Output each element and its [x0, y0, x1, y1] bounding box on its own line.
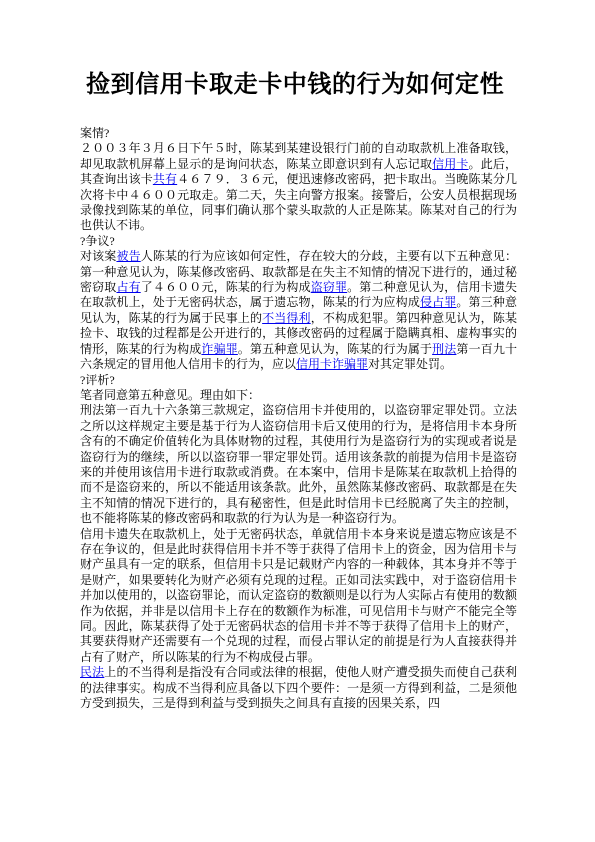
- inline-link[interactable]: 刑法: [432, 342, 456, 356]
- text-run: 上的不当得利是指没有合同或法律的根据，使他人财产遭受损失而使自己获利的法律事实。…: [80, 665, 517, 710]
- text-run: ?评析?: [80, 373, 115, 387]
- inline-link[interactable]: 信用卡: [432, 157, 468, 171]
- inline-link[interactable]: 民法: [80, 665, 104, 679]
- paragraph: 民法上的不当得利是指没有合同或法律的根据，使他人财产遭受损失而使自己获利的法律事…: [80, 665, 517, 711]
- inline-link[interactable]: 侵占罪: [420, 295, 456, 309]
- paragraph: 对该案被告人陈某的行为应该如何定性，存在较大的分歧，主要有以下五种意见：第一种意…: [80, 249, 517, 372]
- inline-link[interactable]: 共有: [153, 172, 177, 186]
- section-heading: ?评析?: [80, 373, 517, 388]
- paragraph: ２００３年３月６日下午５时，陈某到某建设银行门前的自动取款机上准备取钱，却见取款…: [80, 141, 517, 233]
- text-run: 刑法第一百九十六条第三款规定，盗窃信用卡并使用的，以盗窃罪定罪处罚。立法之所以这…: [80, 403, 517, 525]
- page-title: 捡到信用卡取走卡中钱的行为如何定性: [86, 70, 517, 100]
- inline-link[interactable]: 占有: [116, 280, 140, 294]
- inline-link[interactable]: 盗窃罪: [311, 280, 347, 294]
- text-run: 。第五种意见认为，陈某的行为属于: [238, 342, 432, 356]
- inline-link[interactable]: 信用卡诈骗罪: [296, 357, 368, 371]
- inline-link[interactable]: 不当得利: [262, 311, 311, 325]
- text-run: 信用卡遗失在取款机上，处于无密码状态，单就信用卡本身来说是遗忘物应该是不存在争议…: [80, 527, 517, 664]
- text-run: 对其定罪处罚。: [368, 357, 452, 371]
- section-heading: ?争议?: [80, 234, 517, 249]
- paragraph: 刑法第一百九十六条第三款规定，盗窃信用卡并使用的，以盗窃罪定罪处罚。立法之所以这…: [80, 403, 517, 526]
- inline-link[interactable]: 被告: [116, 249, 140, 263]
- document-body: 案情?２００３年３月６日下午５时，陈某到某建设银行门前的自动取款机上准备取钱，却…: [80, 126, 517, 711]
- inline-link[interactable]: 诈骗罪: [201, 342, 237, 356]
- paragraph: 笔者同意第五种意见。理由如下：: [80, 388, 517, 403]
- text-run: 对该案: [80, 249, 116, 263]
- document-content: 捡到信用卡取走卡中钱的行为如何定性 案情?２００３年３月６日下午５时，陈某到某建…: [80, 70, 517, 711]
- text-run: 案情?: [80, 126, 109, 140]
- text-run: ?争议?: [80, 234, 115, 248]
- text-run: 笔者同意第五种意见。理由如下：: [80, 388, 260, 402]
- paragraph: 信用卡遗失在取款机上，处于无密码状态，单就信用卡本身来说是遗忘物应该是不存在争议…: [80, 527, 517, 666]
- section-heading: 案情?: [80, 126, 517, 141]
- text-run: 了４６００元，陈某的行为构成: [141, 280, 311, 294]
- document-page: 捡到信用卡取走卡中钱的行为如何定性 案情?２００３年３月６日下午５时，陈某到某建…: [0, 0, 595, 842]
